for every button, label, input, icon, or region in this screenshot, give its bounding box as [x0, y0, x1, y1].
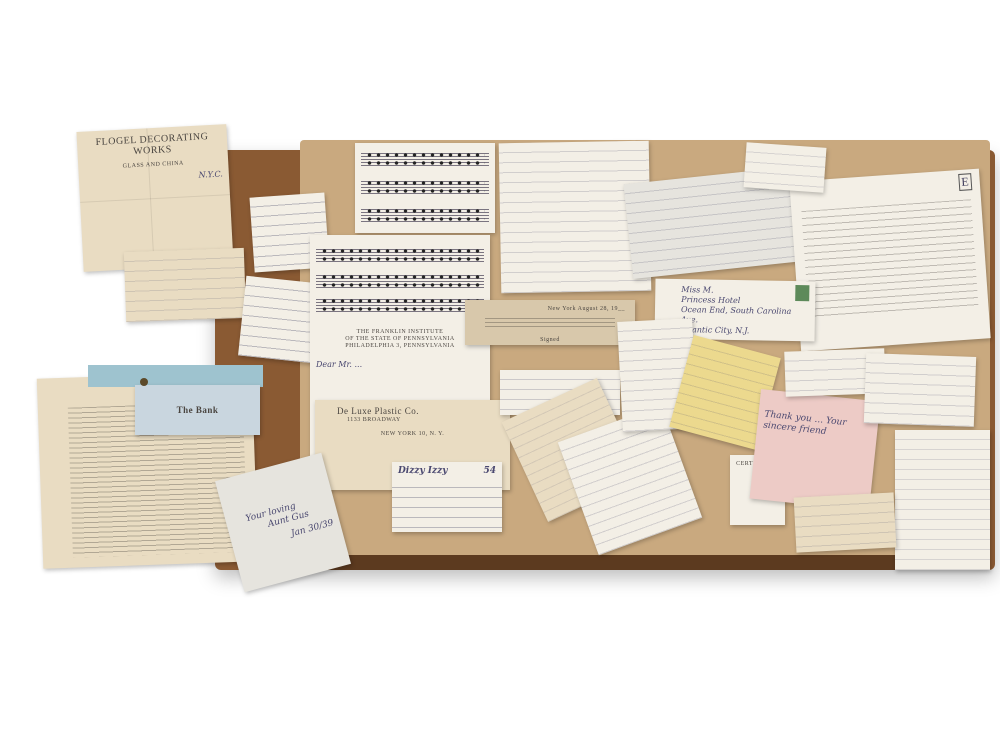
recipe-number: 54	[483, 466, 496, 477]
form-corner-mark: E	[958, 173, 972, 191]
envelope-line3: Ocean End, South Carolina Ave.	[681, 305, 809, 327]
printed-form: E	[789, 169, 990, 352]
sheet-music-top	[355, 143, 495, 233]
invoice-address: 1133 BROADWAY	[315, 416, 510, 423]
table-edge	[300, 555, 990, 570]
bank-slip: The Bank	[135, 385, 260, 435]
receipt: New York August 28, 19__ Signed	[465, 300, 635, 345]
institute-salutation: Dear Mr. ...	[310, 349, 490, 374]
recipe-card: Dizzy Izzy 54	[392, 462, 502, 532]
institute-subtitle: OF THE STATE OF PENNSYLVANIA	[310, 335, 490, 342]
institute-location: PHILADELPHIA 3, PENNSYLVANIA	[310, 342, 490, 349]
small-note-top-right	[744, 142, 827, 192]
receipt-header: New York August 28, 19__	[465, 300, 635, 312]
institute-title: THE FRANKLIN INSTITUTE	[310, 323, 490, 335]
right-bottom-note	[895, 430, 990, 570]
grommet	[140, 378, 148, 386]
right-note	[864, 353, 976, 427]
envelope-line4: Atlantic City, N.J.	[681, 325, 809, 337]
receipt-signature-label: Signed	[465, 331, 635, 343]
pink-note: Thank you ... Your sincere friend	[750, 389, 881, 511]
postage-stamp	[795, 285, 809, 301]
recipe-title: Dizzy Izzy	[398, 466, 447, 477]
folded-note	[124, 248, 246, 322]
invoice-title: De Luxe Plastic Co.	[315, 400, 510, 416]
bank-label: The Bank	[135, 385, 260, 415]
blue-folder-tab	[88, 365, 263, 387]
invoice-city: NEW YORK 10, N. Y.	[315, 423, 510, 437]
bottom-right-note	[794, 492, 897, 552]
